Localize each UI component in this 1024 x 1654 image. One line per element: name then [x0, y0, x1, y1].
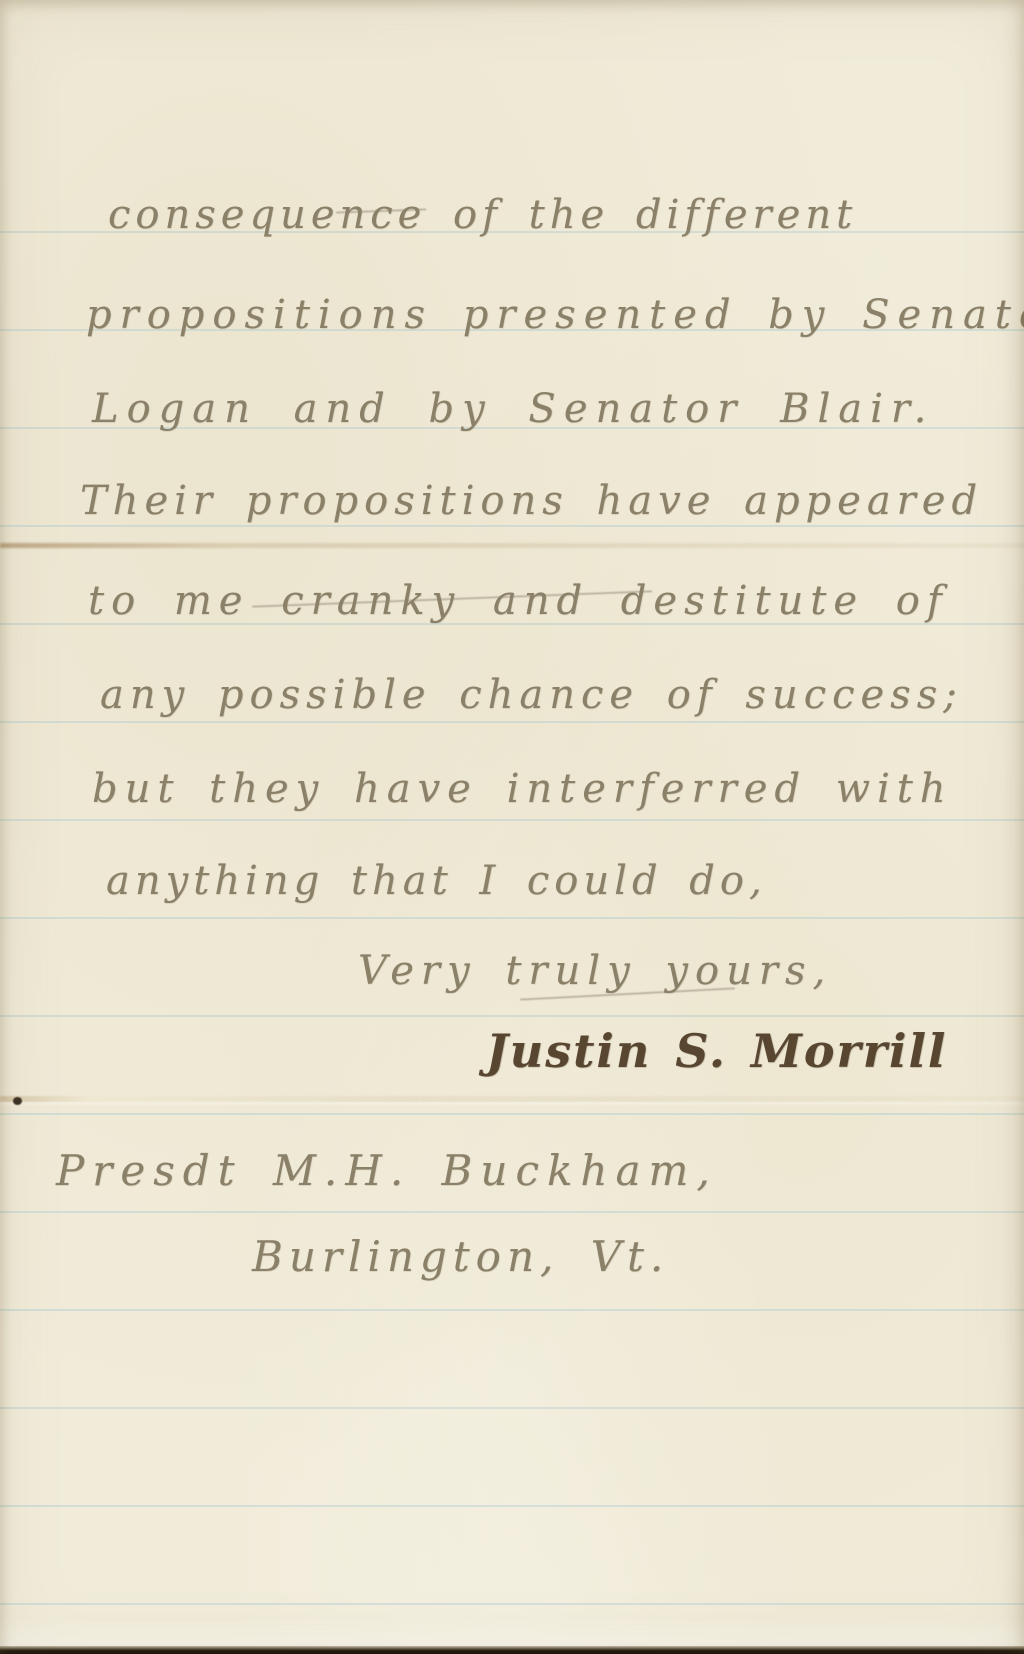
letter-page: consequence of the different proposition… [0, 0, 1024, 1654]
handwriting-line-8: anything that I could do, [106, 858, 767, 904]
recipient-name-line: Presdt M.H. Buckham, [56, 1146, 718, 1195]
page-bottom-highlight [0, 1618, 1024, 1646]
scan-vignette [0, 0, 1024, 1654]
handwriting-line-2: propositions presented by Senator [86, 292, 1024, 338]
closing-line: Very truly yours, [358, 948, 832, 994]
handwriting-line-6: any possible chance of success; [100, 672, 963, 718]
ruled-lines [0, 231, 1024, 1615]
handwriting-line-4: Their propositions have appeared [80, 478, 983, 524]
recipient-address-line: Burlington, Vt. [252, 1232, 669, 1281]
signature: Justin S. Morrill [486, 1024, 947, 1078]
fold-crease-upper [0, 543, 1024, 548]
page-bottom-edge [0, 1646, 1024, 1654]
pin-hole [13, 1097, 22, 1105]
fold-crease-lower [0, 1096, 1024, 1102]
handwriting-line-3: Logan and by Senator Blair. [92, 386, 934, 432]
handwriting-line-1: consequence of the different [108, 192, 857, 238]
handwriting-line-7: but they have interferred with [92, 766, 953, 812]
handwriting-line-5: to me cranky and destitute of [88, 578, 949, 624]
paper-texture [0, 0, 1024, 1654]
